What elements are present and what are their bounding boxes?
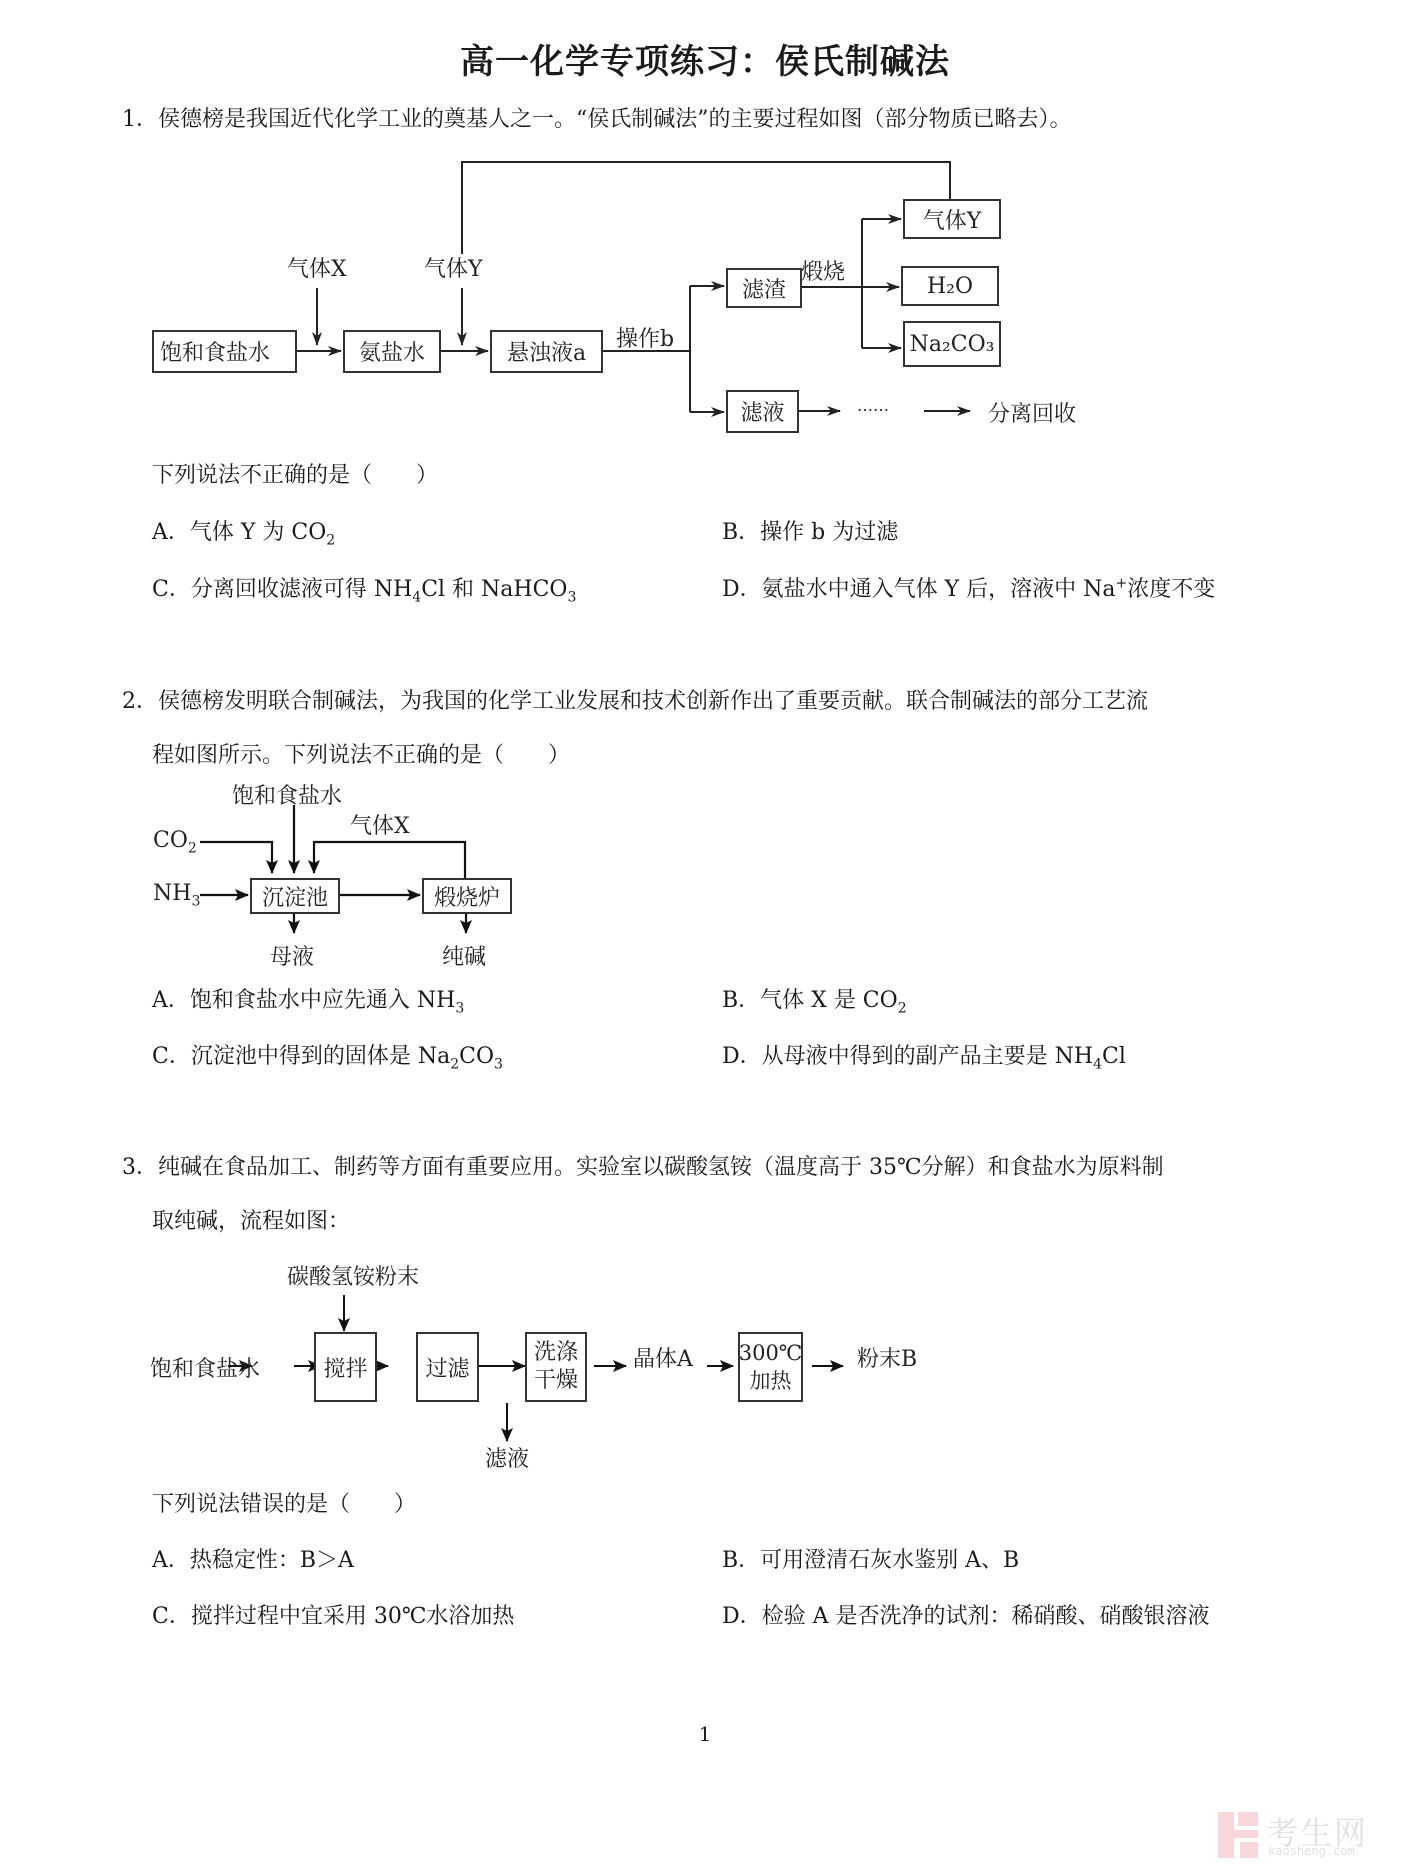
filtrate-label: 滤液 <box>485 1442 529 1473</box>
page-number: 1 <box>0 1722 1410 1746</box>
box-wash-dry: 洗涤 干燥 <box>525 1332 587 1402</box>
diagram-3-connectors <box>0 0 1410 1480</box>
watermark-logo-icon <box>1218 1812 1258 1858</box>
flow-diagram-3: 饱和食盐水 碳酸氢铵粉末 搅拌 过滤 洗涤 干燥 晶体A 300℃ 加热 粉末B… <box>0 0 1410 1480</box>
q3-option-a[interactable]: A．热稳定性：B＞A <box>152 1547 354 1575</box>
q3-option-c[interactable]: C．搅拌过程中宜采用 30℃水浴加热 <box>152 1603 514 1631</box>
ammonium-bicarbonate-powder-label: 碳酸氢铵粉末 <box>287 1260 419 1291</box>
crystal-a-label: 晶体A <box>633 1342 693 1373</box>
watermark: 考生网 kaosheng.com <box>1218 1808 1388 1858</box>
box-heating-300c: 300℃ 加热 <box>738 1332 803 1402</box>
box-filtration: 过滤 <box>416 1332 479 1402</box>
q3-option-d[interactable]: D．检验 A 是否洗净的试剂：稀硝酸、硝酸银溶液 <box>722 1603 1210 1631</box>
question-3-prompt: 下列说法错误的是（ ） <box>152 1491 416 1519</box>
box-stirring: 搅拌 <box>314 1332 377 1402</box>
saturated-brine-input-label: 饱和食盐水 <box>150 1352 260 1383</box>
q3-option-b[interactable]: B．可用澄清石灰水鉴别 A、B <box>722 1547 1019 1575</box>
powder-b-label: 粉末B <box>857 1342 917 1373</box>
watermark-url: kaosheng.com <box>1268 1844 1355 1858</box>
